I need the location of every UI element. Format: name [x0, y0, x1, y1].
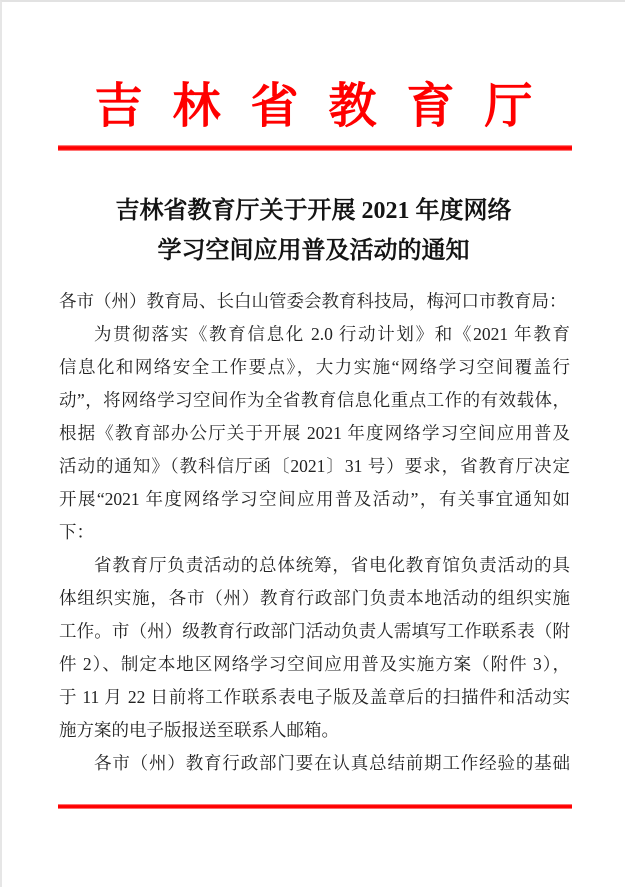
- footer-rule: [58, 804, 572, 809]
- body-line: 体组织实施，各市（州）教育行政部门负责本地活动的组织实施: [59, 582, 570, 615]
- document-title: 吉林省教育厅关于开展 2021 年度网络 学习空间应用普及活动的通知: [2, 191, 625, 271]
- body-line: 信息化和网络安全工作要点》，大力实施“网络学习空间覆盖行: [59, 351, 570, 384]
- body-line: 于 11 月 22 日前将工作联系表电子版及盖章后的扫描件和活动实: [59, 681, 570, 714]
- body-line: 工作。市（州）级教育行政部门活动负责人需填写工作联系表（附: [59, 615, 570, 648]
- document-title-line-1: 吉林省教育厅关于开展 2021 年度网络: [2, 191, 625, 231]
- body-line: 动”，将网络学习空间作为全省教育信息化重点工作的有效载体，: [59, 384, 570, 417]
- body-line: 各市（州）教育局、长白山管委会教育科技局，梅河口市教育局：: [59, 285, 570, 318]
- body-line: 件 2）、制定本地区网络学习空间应用普及实施方案（附件 3），: [59, 648, 570, 681]
- document-body: 各市（州）教育局、长白山管委会教育科技局，梅河口市教育局： 为贯彻落实《教育信息…: [59, 285, 570, 780]
- body-line: 施方案的电子版报送至联系人邮箱。: [59, 714, 570, 747]
- body-line: 下：: [59, 516, 570, 549]
- body-line: 为贯彻落实《教育信息化 2.0 行动计划》和《2021 年教育: [59, 318, 570, 351]
- body-line: 活动的通知》（教科信厅函〔2021〕31 号）要求，省教育厅决定: [59, 450, 570, 483]
- document-page: 吉林省教育厅 吉林省教育厅关于开展 2021 年度网络 学习空间应用普及活动的通…: [0, 0, 625, 887]
- document-title-line-2: 学习空间应用普及活动的通知: [2, 231, 625, 271]
- body-line: 各市（州）教育行政部门要在认真总结前期工作经验的基础: [59, 747, 570, 780]
- body-line: 根据《教育部办公厅关于开展 2021 年度网络学习空间应用普及: [59, 417, 570, 450]
- body-line: 省教育厅负责活动的总体统筹，省电化教育馆负责活动的具: [59, 549, 570, 582]
- letterhead-title: 吉林省教育厅: [2, 78, 625, 136]
- letterhead-rule: [58, 145, 572, 151]
- body-line: 开展“2021 年度网络学习空间应用普及活动”，有关事宜通知如: [59, 483, 570, 516]
